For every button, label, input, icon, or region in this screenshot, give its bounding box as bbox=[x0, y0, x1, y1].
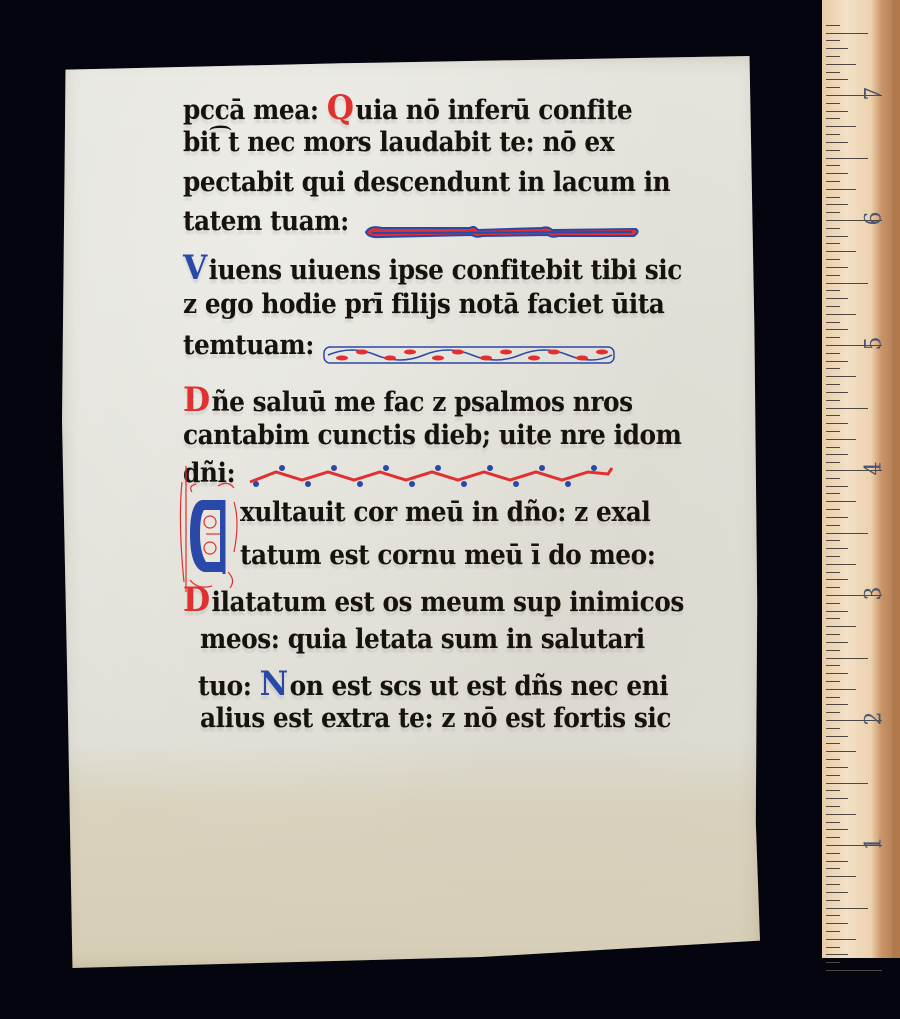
ruler-tick bbox=[826, 33, 868, 34]
ruler-tick bbox=[826, 728, 840, 729]
ruler-tick bbox=[826, 587, 840, 588]
ruler-tick bbox=[826, 751, 856, 752]
ruler-tick bbox=[826, 72, 840, 73]
ruler-tick bbox=[826, 611, 848, 612]
ruler-tick bbox=[826, 173, 848, 174]
ruler-tick bbox=[826, 868, 840, 869]
ruler-tick bbox=[826, 236, 848, 237]
ruler-tick bbox=[826, 181, 840, 182]
ruler-tick bbox=[826, 829, 848, 830]
ruler-tick bbox=[826, 408, 868, 409]
ruler-tick bbox=[826, 322, 840, 323]
ruler-tick bbox=[826, 556, 840, 557]
ruler-tick bbox=[826, 790, 840, 791]
ruler-tick bbox=[826, 56, 840, 57]
ruler-tick bbox=[826, 392, 848, 393]
ruler-tick bbox=[826, 118, 840, 119]
line-filler-zigzag bbox=[246, 460, 616, 490]
ruler-tick bbox=[826, 329, 848, 330]
ruler-tick bbox=[826, 650, 840, 651]
ruler-tick bbox=[826, 775, 840, 776]
ruler-tick bbox=[826, 970, 882, 971]
ruler-tick bbox=[826, 361, 848, 362]
line-text: ilatatum est os meum sup inimicos bbox=[212, 587, 684, 618]
ruler-tick bbox=[826, 540, 840, 541]
line-text: bit͡ t nec mors laudabit te: nō ex bbox=[183, 127, 614, 158]
ruler-tick bbox=[826, 783, 868, 784]
manuscript-line: tatum est cornu meū ī do meo: bbox=[240, 540, 655, 580]
rubric-initial: Q bbox=[327, 88, 354, 128]
manuscript-line: xultauit cor meū in dño: z exal bbox=[240, 497, 650, 537]
line-text: tatum est cornu meū ī do meo: bbox=[240, 540, 655, 571]
ruler-tick bbox=[826, 525, 840, 526]
ruler-tick bbox=[826, 439, 856, 440]
ruler-tick bbox=[826, 126, 856, 127]
ruler-tick bbox=[826, 251, 856, 252]
ruler-tick bbox=[826, 798, 848, 799]
line-text: uia nō inferū confite bbox=[355, 95, 632, 126]
ruler-number: 7 bbox=[862, 82, 887, 106]
ruler-tick bbox=[826, 48, 848, 49]
ruler-tick bbox=[826, 962, 840, 963]
manuscript-line: z ego hodie prī filijs notā faciet ūita bbox=[183, 289, 664, 329]
ruler-tick bbox=[826, 853, 840, 854]
ruler-tick bbox=[826, 353, 840, 354]
ruler-tick bbox=[826, 876, 856, 877]
ruler-tick bbox=[826, 368, 840, 369]
line-text: tuo: bbox=[198, 671, 260, 702]
ruler-tick bbox=[826, 431, 840, 432]
ruler-tick bbox=[826, 712, 840, 713]
line-text: pectabit qui descendunt in lacum in bbox=[183, 167, 670, 198]
ruler-tick bbox=[826, 806, 840, 807]
ruler-tick bbox=[826, 509, 840, 510]
ruler-tick bbox=[826, 165, 840, 166]
rubric-initial: N bbox=[260, 664, 288, 704]
line-text: meos: quia letata sum in salutari bbox=[200, 624, 645, 655]
ruler-tick bbox=[826, 673, 848, 674]
ruler-tick bbox=[826, 814, 856, 815]
ruler-tick bbox=[826, 103, 840, 104]
ruler-tick bbox=[826, 548, 848, 549]
ruler-tick bbox=[826, 743, 840, 744]
ruler-tick bbox=[826, 134, 840, 135]
line-text: z ego hodie prī filijs notā faciet ūita bbox=[183, 289, 664, 320]
ruler-tick bbox=[826, 634, 840, 635]
ruler-tick bbox=[826, 447, 840, 448]
ruler-tick bbox=[826, 837, 840, 838]
ruler-tick bbox=[826, 64, 856, 65]
ruler-tick bbox=[826, 947, 840, 948]
ruler-tick bbox=[826, 767, 848, 768]
manuscript-line: tatem tuam: bbox=[183, 206, 349, 246]
ruler-number: 3 bbox=[862, 582, 887, 606]
ruler-tick bbox=[826, 275, 840, 276]
ruler-tick bbox=[826, 931, 840, 932]
ruler-tick bbox=[826, 376, 856, 377]
ruler-edge bbox=[892, 0, 900, 958]
line-filler-red-blue bbox=[362, 222, 642, 242]
ruler-tick bbox=[826, 158, 868, 159]
ruler-tick bbox=[826, 290, 840, 291]
manuscript-line: Dñe saluū me fac z psalmos nros bbox=[183, 380, 633, 420]
ruler-tick bbox=[826, 939, 856, 940]
ruler-tick bbox=[826, 212, 840, 213]
line-text: cantabim cunctis dieb; uite nre idom bbox=[183, 420, 681, 451]
ruler-tick bbox=[826, 618, 840, 619]
ruler-tick bbox=[826, 923, 848, 924]
manuscript-line: cantabim cunctis dieb; uite nre idom bbox=[183, 420, 681, 460]
ruler-tick bbox=[826, 298, 848, 299]
illuminated-initial-e bbox=[178, 462, 242, 600]
ruler-tick bbox=[826, 337, 840, 338]
ruler-tick bbox=[826, 861, 848, 862]
ruler-tick bbox=[826, 87, 840, 88]
ruler-tick bbox=[826, 228, 840, 229]
ruler-tick bbox=[826, 642, 848, 643]
ruler-tick bbox=[826, 665, 840, 666]
manuscript-line: Dilatatum est os meum sup inimicos bbox=[183, 580, 684, 620]
ruler-tick bbox=[826, 892, 848, 893]
ruler-tick bbox=[826, 900, 840, 901]
ruler-number: 1 bbox=[862, 832, 887, 856]
ruler-number: 4 bbox=[862, 457, 887, 481]
ruler-tick bbox=[826, 142, 848, 143]
ruler-tick bbox=[826, 517, 848, 518]
ruler-tick bbox=[826, 689, 856, 690]
line-text: pccā mea: bbox=[183, 95, 327, 126]
ruler-tick bbox=[826, 579, 848, 580]
ruler-tick bbox=[826, 908, 868, 909]
manuscript-line: alius est extra te: z nō est fortis sic bbox=[200, 703, 671, 743]
ruler-number: 5 bbox=[862, 332, 887, 356]
ruler-tick bbox=[826, 564, 856, 565]
ruler-tick bbox=[826, 572, 840, 573]
ruler-tick bbox=[826, 697, 840, 698]
ruler-tick bbox=[826, 478, 840, 479]
decorated-initial: D bbox=[183, 380, 210, 420]
line-text: ñe saluū me fac z psalmos nros bbox=[212, 387, 633, 418]
ruler-tick bbox=[826, 243, 840, 244]
ruler-tick bbox=[826, 501, 856, 502]
manuscript-line: meos: quia letata sum in salutari bbox=[200, 624, 645, 664]
ruler-tick bbox=[826, 486, 848, 487]
ruler-tick bbox=[826, 954, 848, 955]
manuscript-line: bit͡ t nec mors laudabit te: nō ex bbox=[183, 127, 614, 167]
ruler-tick bbox=[826, 915, 840, 916]
ruler-tick bbox=[826, 822, 840, 823]
ruler-tick bbox=[826, 204, 848, 205]
line-text: temtuam: bbox=[183, 330, 314, 361]
line-text: on est scs ut est dñs nec eni bbox=[290, 671, 669, 702]
ruler-tick bbox=[826, 259, 840, 260]
ruler-tick bbox=[826, 40, 840, 41]
ruler-tick bbox=[826, 462, 840, 463]
ruler-tick bbox=[826, 79, 848, 80]
ruler-tick bbox=[826, 736, 848, 737]
ruler-tick bbox=[826, 658, 868, 659]
line-text: xultauit cor meū in dño: z exal bbox=[240, 497, 650, 528]
ruler-tick bbox=[826, 400, 840, 401]
ruler-tick bbox=[826, 150, 840, 151]
decorated-initial: V bbox=[183, 248, 207, 288]
ruler-tick bbox=[826, 189, 856, 190]
manuscript-line: temtuam: bbox=[183, 330, 314, 370]
ruler-tick bbox=[826, 283, 868, 284]
manuscript-line: pectabit qui descendunt in lacum in bbox=[183, 167, 670, 207]
ruler-tick bbox=[826, 423, 848, 424]
line-text: tatem tuam: bbox=[183, 206, 349, 237]
ruler-tick bbox=[826, 884, 840, 885]
ruler-tick bbox=[826, 681, 840, 682]
ruler-tick bbox=[826, 384, 840, 385]
ruler-tick bbox=[826, 533, 868, 534]
ruler-tick bbox=[826, 197, 840, 198]
ruler-tick bbox=[826, 415, 840, 416]
ruler-tick bbox=[826, 603, 840, 604]
line-text: alius est extra te: z nō est fortis sic bbox=[200, 703, 671, 734]
ruler-tick bbox=[826, 493, 840, 494]
line-filler-vine bbox=[322, 343, 622, 367]
ruler-tick bbox=[826, 314, 856, 315]
ruler-tick bbox=[826, 267, 848, 268]
ruler-tick bbox=[826, 306, 840, 307]
ruler-tick bbox=[826, 454, 848, 455]
manuscript-line: tuo: Non est scs ut est dñs nec eni bbox=[198, 664, 668, 704]
manuscript-line: Viuens uiuens ipse confitebit tibi sic bbox=[183, 248, 682, 288]
ruler-tick bbox=[826, 25, 840, 26]
ruler-tick bbox=[826, 704, 848, 705]
manuscript-line: pccā mea: Quia nō inferū confite bbox=[183, 88, 632, 128]
ruler-tick bbox=[826, 759, 840, 760]
ruler-number: 6 bbox=[862, 207, 887, 231]
line-text: iuens uiuens ipse confitebit tibi sic bbox=[209, 255, 682, 286]
ruler-tick bbox=[826, 626, 856, 627]
ruler-number: 2 bbox=[862, 707, 887, 731]
ruler-tick bbox=[826, 111, 848, 112]
